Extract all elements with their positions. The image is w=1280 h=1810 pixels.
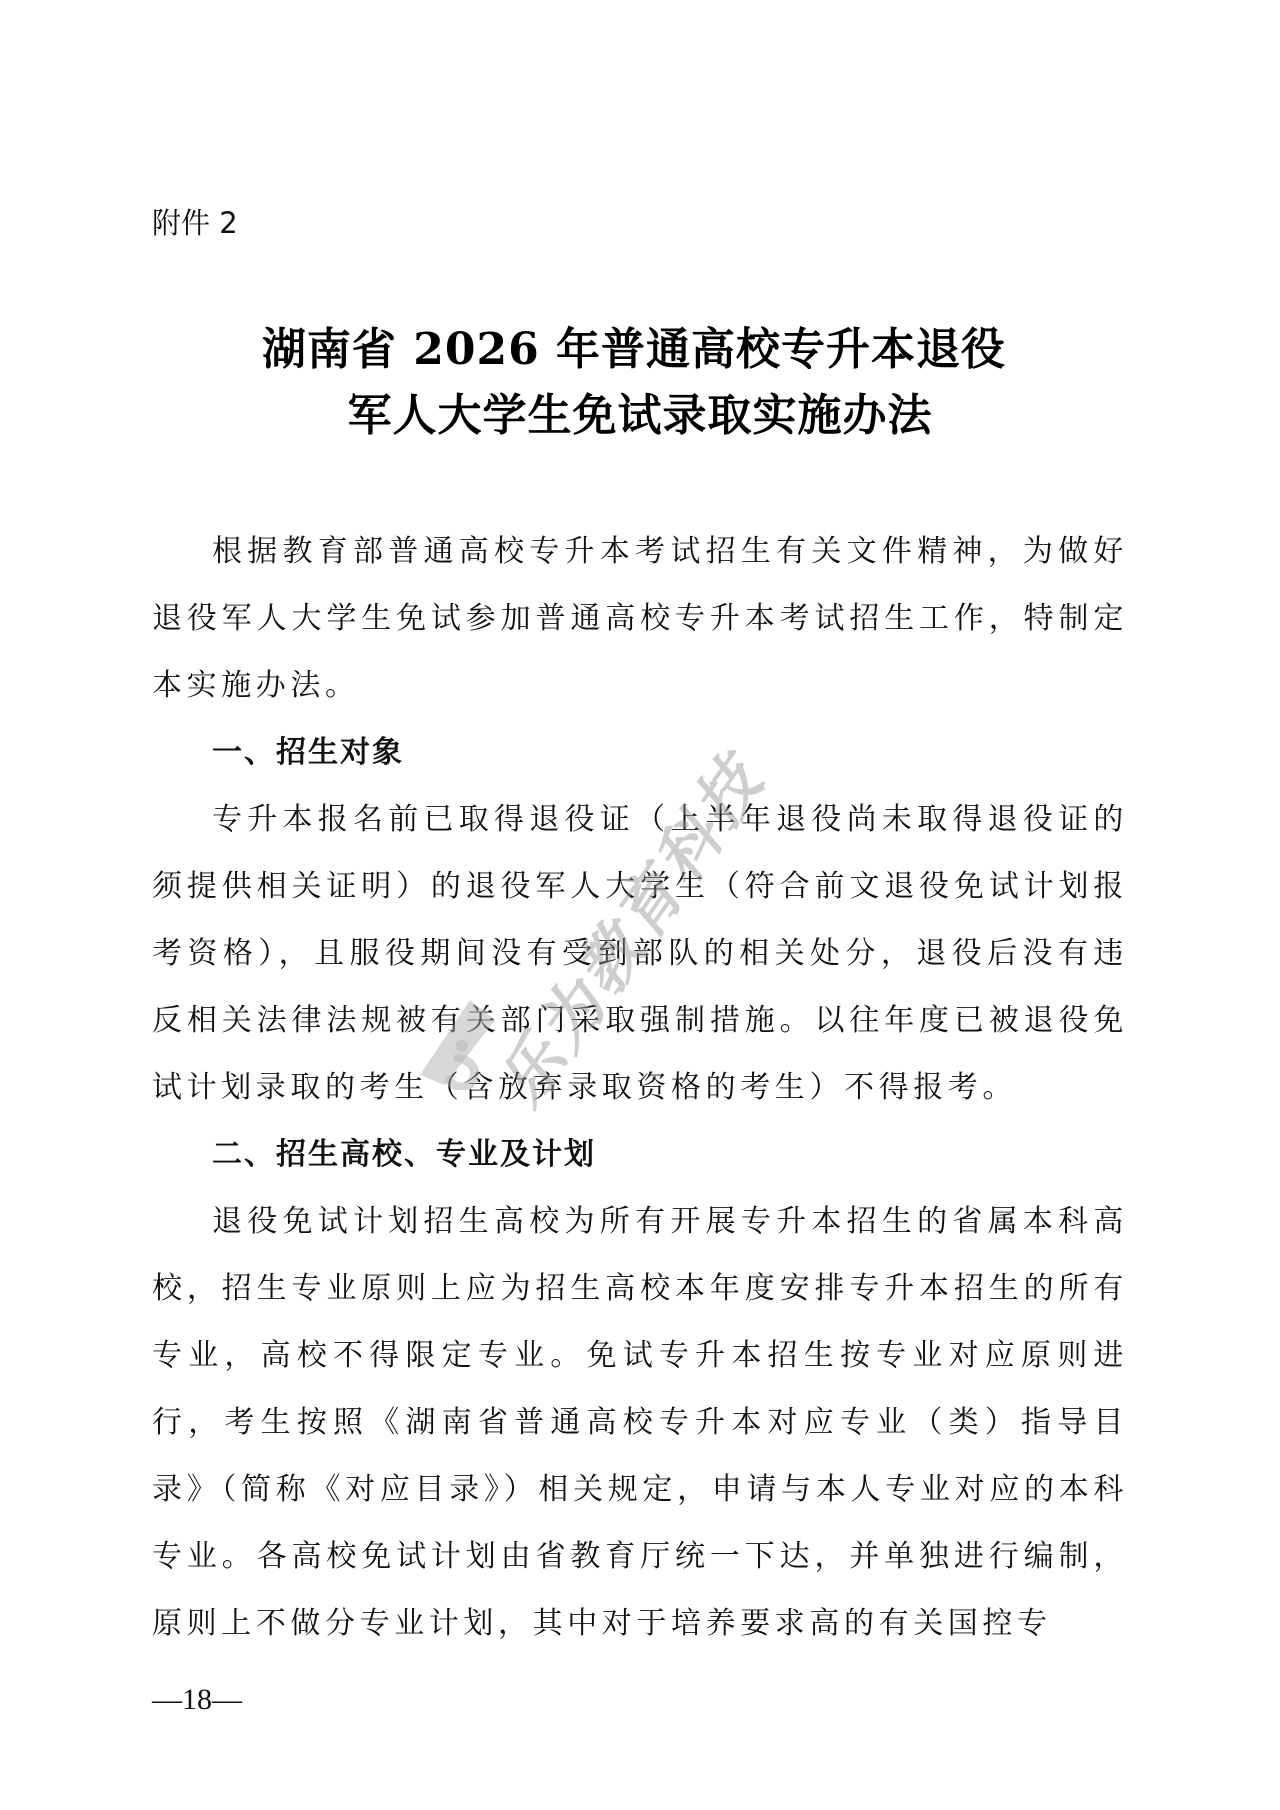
attachment-label: 附件 2	[152, 203, 238, 243]
document-page: 附件 2 湖南省 2026 年普通高校专升本退役 军人大学生免试录取实施办法 根…	[0, 0, 1280, 1810]
section-paragraph: 专升本报名前已取得退役证（上半年退役尚未取得退役证的须提供相关证明）的退役军人大…	[152, 786, 1128, 1121]
intro-paragraph: 根据教育部普通高校专升本考试招生有关文件精神，为做好退役军人大学生免试参加普通高…	[152, 518, 1128, 719]
document-body: 根据教育部普通高校专升本考试招生有关文件精神，为做好退役军人大学生免试参加普通高…	[152, 518, 1128, 1657]
section-heading-recruitment-targets: 一、招生对象	[152, 719, 1128, 786]
section-heading-schools-majors-plans: 二、招生高校、专业及计划	[152, 1121, 1128, 1188]
section-paragraph: 退役免试计划招生高校为所有开展专升本招生的省属本科高校，招生专业原则上应为招生高…	[152, 1188, 1128, 1657]
document-title-line-1: 湖南省 2026 年普通高校专升本退役	[0, 322, 1274, 378]
page-number: —18—	[152, 1680, 242, 1720]
document-title-line-2: 军人大学生免试录取实施办法	[0, 388, 1280, 444]
